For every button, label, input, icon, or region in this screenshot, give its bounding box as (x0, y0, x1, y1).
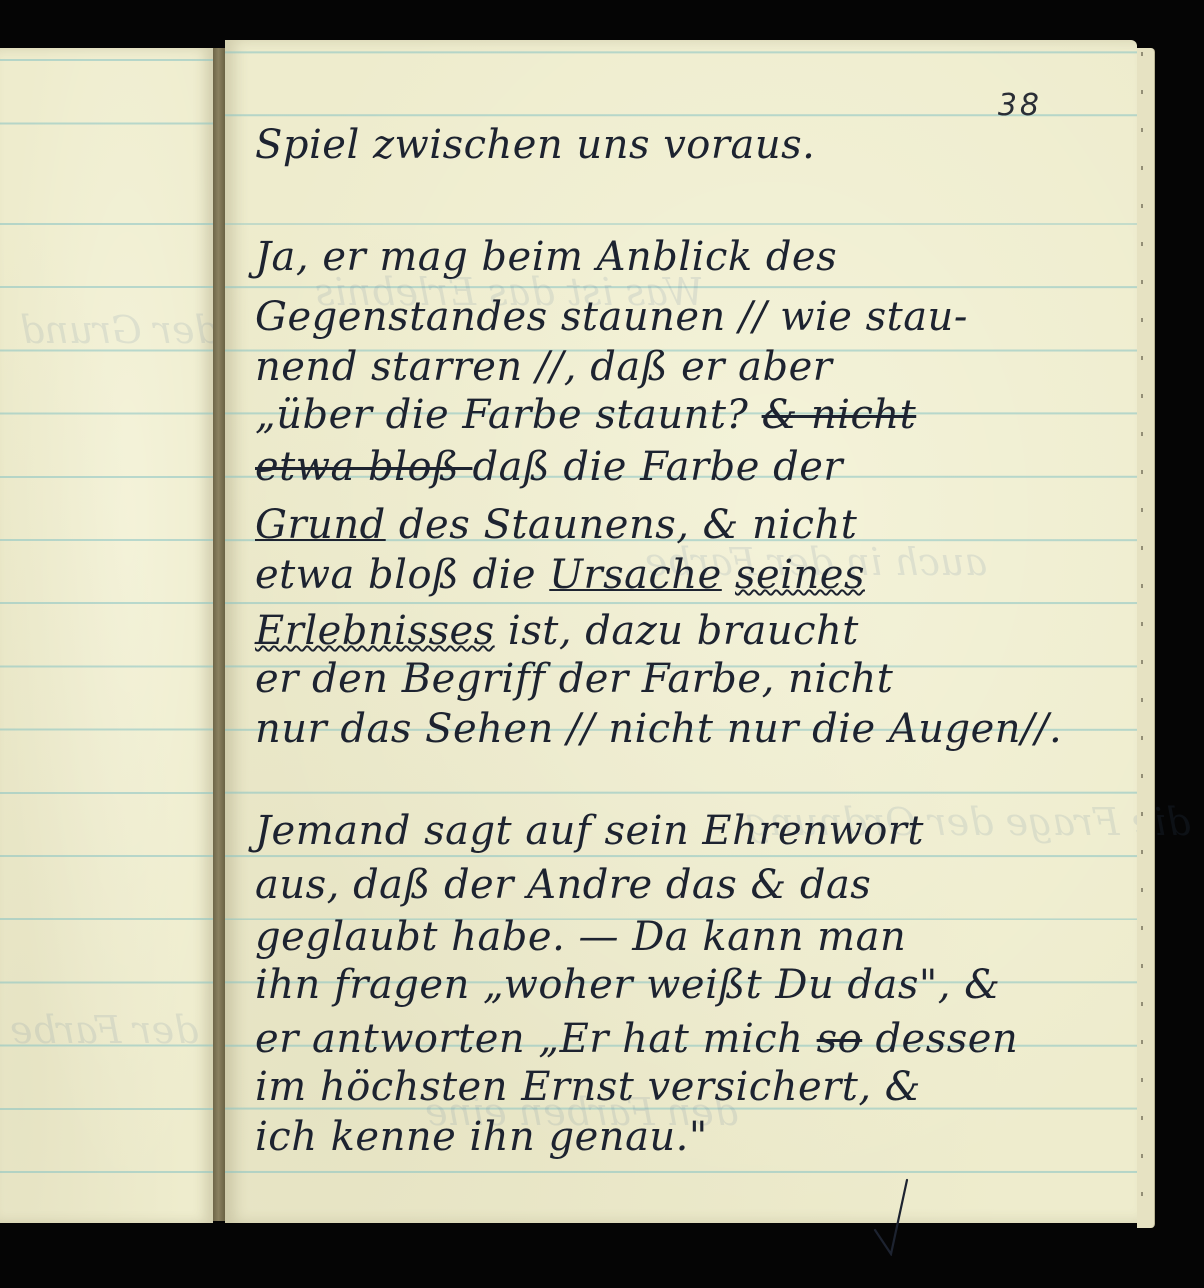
right_page-line: Spiel zwischen uns voraus. (255, 122, 815, 168)
right_page-line: er den Begriff der Farbe, nicht (255, 656, 893, 702)
right_page-line: Ja, er mag beim Anblick des (255, 234, 837, 280)
right_page-line: nend starren //, daß er aber (255, 344, 832, 390)
right_page-line: nur das Sehen // nicht nur die Augen//. (255, 706, 1062, 752)
wavy-underlined-text: Erlebnisses (255, 608, 495, 654)
struck-text: etwa bloß (255, 444, 472, 490)
right_page-line: ihn fragen „woher weißt Du das", & (255, 962, 1000, 1008)
right_page-line: Erlebnisses ist, dazu braucht (255, 608, 859, 654)
check-mark-icon (873, 1178, 911, 1256)
right_page-line: etwa bloß daß die Farbe der (255, 444, 843, 490)
right_page-line: er antworten „Er hat mich so dessen (255, 1016, 1018, 1062)
page-edge-perforation (1141, 52, 1143, 1217)
right_page-line: aus, daß der Andre das & das (255, 862, 871, 908)
struck-text: & nicht (762, 392, 917, 438)
wavy-underlined-text: seines (735, 552, 865, 598)
underlined-text: Ursache (549, 552, 722, 598)
notebook-spine (213, 48, 225, 1221)
right_page-line: etwa bloß die Ursache seines (255, 552, 865, 598)
right-page: Was ist das Erlebnis auch in der Farbe d… (225, 40, 1137, 1223)
underlying-pages-edge (1137, 48, 1155, 1228)
ruled-lines (0, 48, 213, 1223)
page-number: 38 (998, 88, 1042, 123)
right_page-line: Grund des Staunens, & nicht (255, 502, 857, 548)
right_page-line: geglaubt habe. — Da kann man (255, 914, 906, 960)
struck-text: so (817, 1016, 863, 1062)
underlined-text: Grund (255, 502, 386, 548)
right_page-line: Gegenstandes staunen // wie stau- (255, 294, 968, 340)
right_page-line: „über die Farbe staunt? & nicht (255, 392, 916, 438)
right_page-line: im höchsten Ernst versichert, & (255, 1064, 921, 1110)
ink-bleed-through: der Farbe (10, 1008, 198, 1052)
left-page: Falle der Grund der Farbe …ist. aber…den… (0, 48, 213, 1223)
right_page-line: Jemand sagt auf sein Ehrenwort (255, 808, 924, 854)
right_page-line: ich kenne ihn genau." (255, 1114, 708, 1160)
